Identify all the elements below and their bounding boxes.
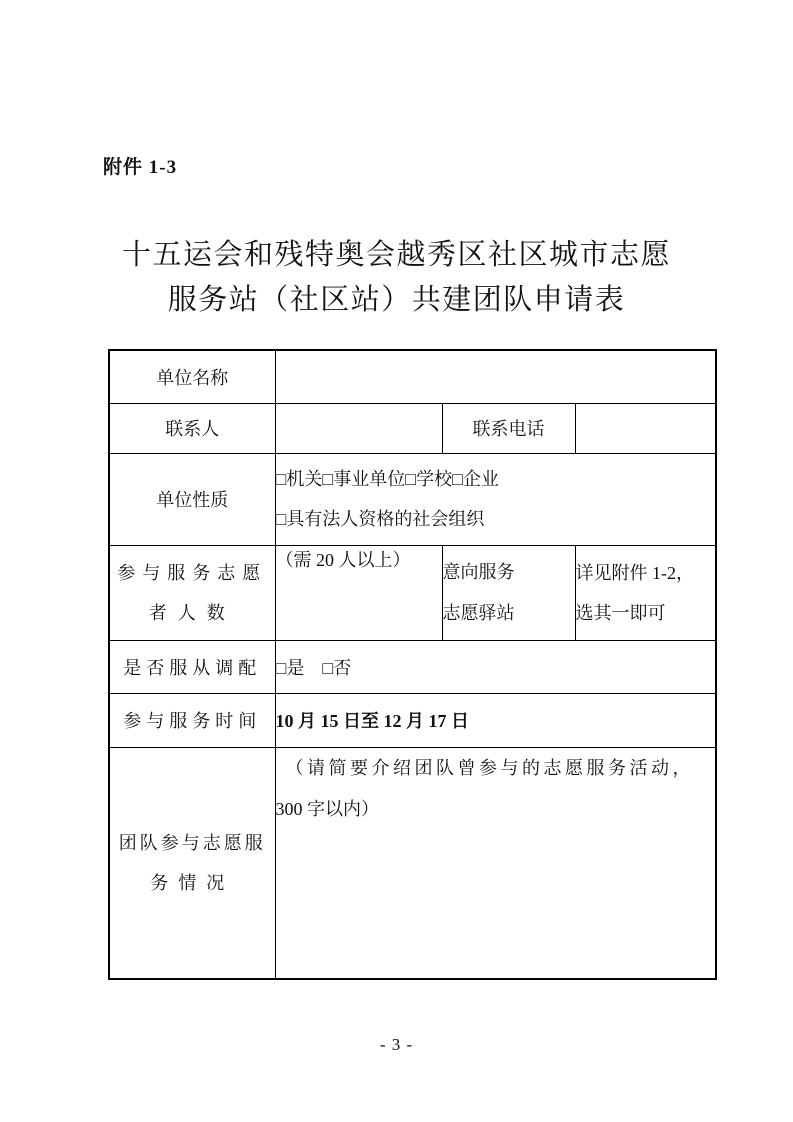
unit-name-label: 单位名称 [109, 350, 275, 403]
team-experience-placeholder-line-1: （请简要介绍团队曾参与的志愿服务活动， [286, 748, 716, 789]
contact-phone-value-cell[interactable] [575, 403, 716, 453]
volunteer-count-label-line-1: 参与服务志愿 [110, 553, 275, 593]
service-time-value-cell: 10 月 15 日至 12 月 17 日 [275, 693, 716, 747]
contact-person-value-cell[interactable] [275, 403, 442, 453]
row-team-experience: 团队参与志愿服 务情况 （请简要介绍团队曾参与的志愿服务活动， 300 字以内） [109, 747, 716, 979]
obey-dispatch-label: 是否服从调配 [109, 640, 275, 693]
intended-station-label-cell: 意向服务 志愿驿站 [442, 545, 575, 640]
station-hint-line-2: 选其一即可 [576, 593, 716, 633]
unit-type-options-line-2[interactable]: □具有法人资格的社会组织 [276, 499, 716, 539]
team-experience-label-line-2: 务情况 [110, 863, 275, 903]
document-title: 十五运会和残特奥会越秀区社区城市志愿 服务站（社区站）共建团队申请表 [0, 233, 793, 323]
attachment-label: 附件 1-3 [103, 152, 177, 179]
service-time-label: 参与服务时间 [109, 693, 275, 747]
application-form-table: 单位名称 联系人 联系电话 单位性质 □机关□事业单位□学校□企业 □具有法人资… [108, 349, 717, 980]
title-line-1: 十五运会和残特奥会越秀区社区城市志愿 [0, 233, 793, 278]
team-experience-label-line-1: 团队参与志愿服 [110, 823, 275, 863]
team-experience-placeholder-line-2: 300 字以内） [276, 789, 716, 830]
team-experience-label: 团队参与志愿服 务情况 [109, 747, 275, 979]
row-unit-type: 单位性质 □机关□事业单位□学校□企业 □具有法人资格的社会组织 [109, 453, 716, 545]
page-number: - 3 - [0, 1035, 793, 1055]
volunteer-count-label: 参与服务志愿 者人数 [109, 545, 275, 640]
unit-name-value-cell[interactable] [275, 350, 716, 403]
unit-type-options-line-1[interactable]: □机关□事业单位□学校□企业 [276, 459, 716, 499]
document-page: 附件 1-3 十五运会和残特奥会越秀区社区城市志愿 服务站（社区站）共建团队申请… [0, 0, 793, 1122]
contact-phone-label: 联系电话 [442, 403, 575, 453]
row-contact: 联系人 联系电话 [109, 403, 716, 453]
volunteer-count-label-line-2: 者人数 [110, 593, 275, 633]
contact-person-label: 联系人 [109, 403, 275, 453]
station-hint-cell: 详见附件 1-2， 选其一即可 [575, 545, 716, 640]
unit-type-label: 单位性质 [109, 453, 275, 545]
intended-station-label-line-1: 意向服务 [443, 552, 575, 593]
intended-station-label-line-2: 志愿驿站 [443, 593, 575, 634]
team-experience-value-cell[interactable]: （请简要介绍团队曾参与的志愿服务活动， 300 字以内） [275, 747, 716, 979]
row-service-time: 参与服务时间 10 月 15 日至 12 月 17 日 [109, 693, 716, 747]
row-unit-name: 单位名称 [109, 350, 716, 403]
row-volunteer-count: 参与服务志愿 者人数 （需 20 人以上） 意向服务 志愿驿站 详见附件 1-2… [109, 545, 716, 640]
title-line-2: 服务站（社区站）共建团队申请表 [0, 278, 793, 323]
station-hint-line-1: 详见附件 1-2， [576, 553, 716, 593]
volunteer-count-requirement-cell[interactable]: （需 20 人以上） [275, 545, 442, 640]
row-obey-dispatch: 是否服从调配 □是 □否 [109, 640, 716, 693]
unit-type-options-cell: □机关□事业单位□学校□企业 □具有法人资格的社会组织 [275, 453, 716, 545]
obey-dispatch-options-cell[interactable]: □是 □否 [275, 640, 716, 693]
